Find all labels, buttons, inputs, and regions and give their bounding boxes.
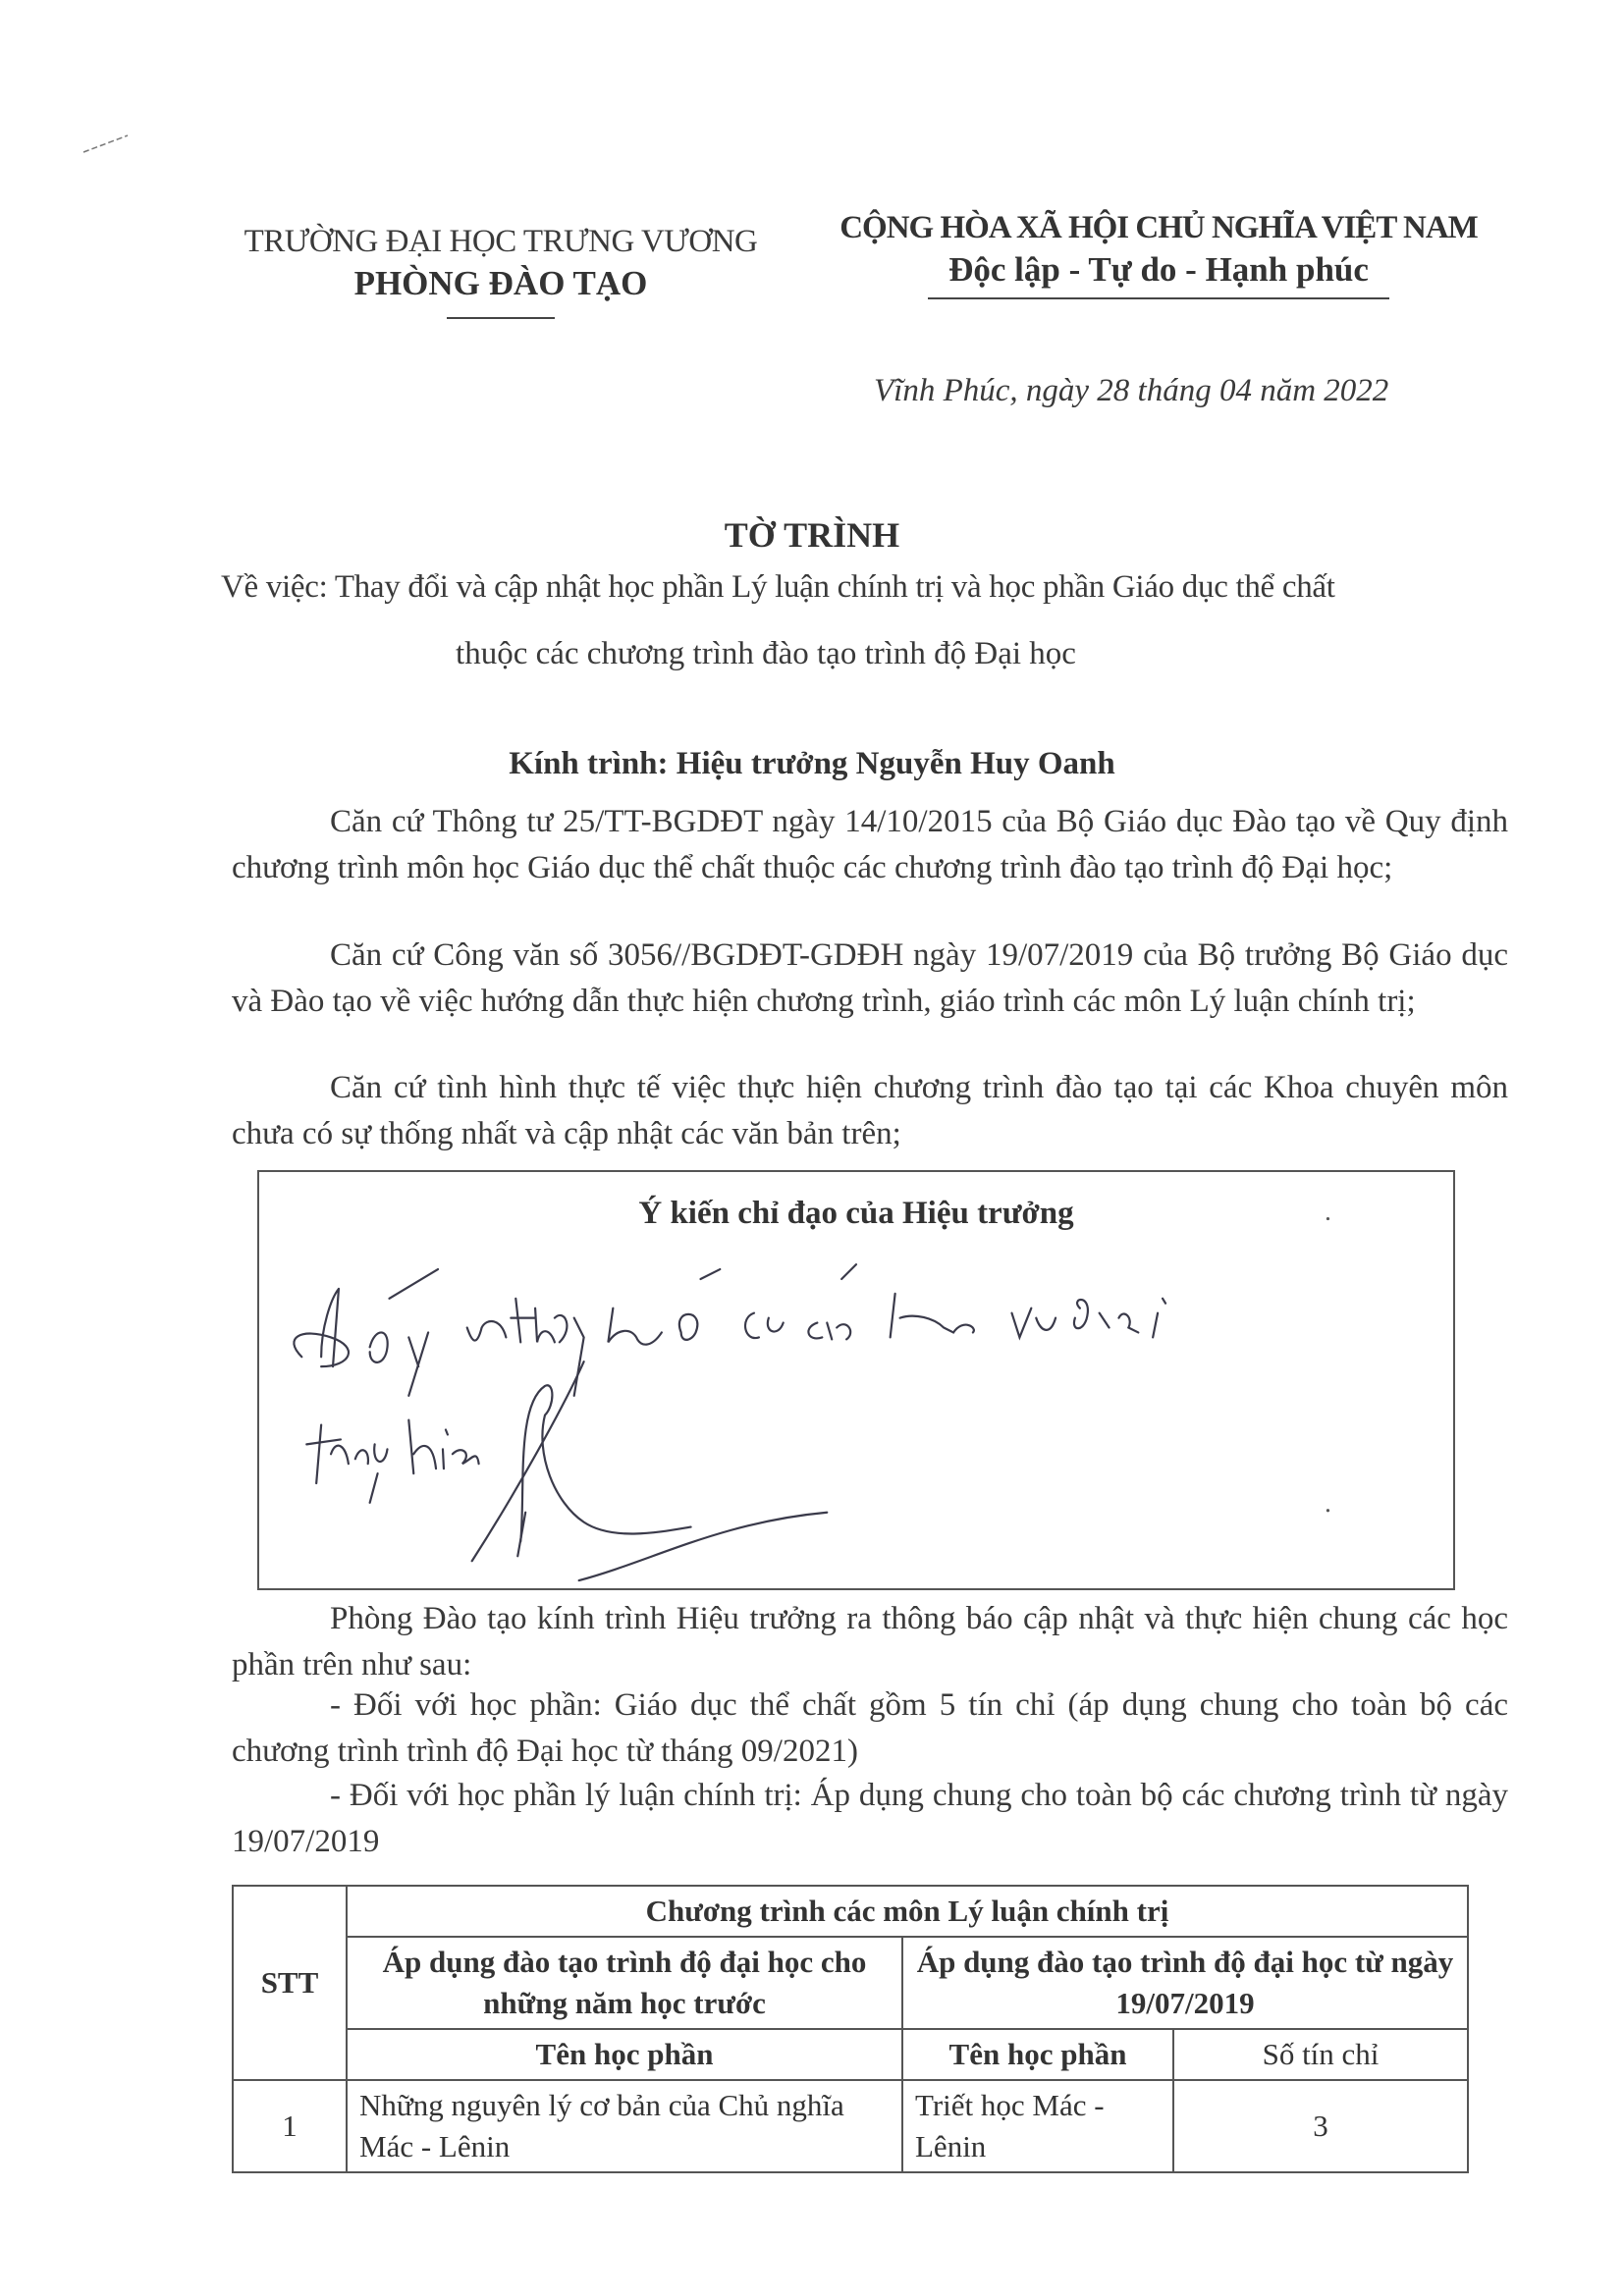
proposal-intro: Phòng Đào tạo kính trình Hiệu trưởng ra … <box>232 1596 1508 1688</box>
national-motto: Độc lập - Tự do - Hạnh phúc <box>815 250 1502 290</box>
subject-line-1: Về việc: Thay đổi và cập nhật học phần L… <box>221 569 1335 606</box>
motto-underline <box>928 297 1389 299</box>
handwritten-note-signature <box>259 1172 1453 1588</box>
header-old-course-name: Tên học phần <box>347 2029 902 2080</box>
header-old-programs: Áp dụng đào tạo trình độ đại học cho nhữ… <box>347 1937 902 2029</box>
organization-name: TRƯỜNG ĐẠI HỌC TRƯNG VƯƠNG <box>216 224 785 260</box>
national-header: CỘNG HÒA XÃ HỘI CHỦ NGHĨA VIỆT NAM Độc l… <box>815 210 1502 299</box>
date-line: Vĩnh Phúc, ngày 28 tháng 04 năm 2022 <box>874 373 1388 409</box>
recipient-line: Kính trình: Hiệu trưởng Nguyễn Huy Oanh <box>0 746 1624 782</box>
document-title: TỜ TRÌNH <box>0 514 1624 556</box>
header-group: Chương trình các môn Lý luận chính trị <box>347 1886 1468 1937</box>
header-credits: Số tín chỉ <box>1173 2029 1468 2080</box>
cell-credits: 3 <box>1173 2080 1468 2172</box>
cell-stt: 1 <box>233 2080 347 2172</box>
basis-paragraph-1: Căn cứ Thông tư 25/TT-BGDĐT ngày 14/10/2… <box>232 799 1508 891</box>
header-stt: STT <box>233 1886 347 2080</box>
basis-paragraph-3: Căn cứ tình hình thực tế việc thực hiện … <box>232 1065 1508 1157</box>
cell-old-course: Những nguyên lý cơ bản của Chủ nghĩa Mác… <box>347 2080 902 2172</box>
issuer-header: TRƯỜNG ĐẠI HỌC TRƯNG VƯƠNG PHÒNG ĐÀO TẠO <box>216 224 785 319</box>
scan-mark <box>79 128 137 167</box>
political-theory-table: STT Chương trình các môn Lý luận chính t… <box>232 1885 1469 2173</box>
table-row: 1 Những nguyên lý cơ bản của Chủ nghĩa M… <box>233 2080 1468 2172</box>
header-new-programs: Áp dụng đào tạo trình độ đại học từ ngày… <box>902 1937 1468 2029</box>
header-underline <box>447 317 555 319</box>
basis-paragraph-2: Căn cứ Công văn số 3056//BGDĐT-GDĐH ngày… <box>232 933 1508 1025</box>
proposal-item-physical-education: - Đối với học phần: Giáo dục thể chất gồ… <box>232 1682 1508 1775</box>
subject-line-2: thuộc các chương trình đào tạo trình độ … <box>0 636 1532 672</box>
cell-new-course: Triết học Mác - Lênin <box>902 2080 1173 2172</box>
country-name: CỘNG HÒA XÃ HỘI CHỦ NGHĨA VIỆT NAM <box>815 210 1502 246</box>
directive-box: Ý kiến chỉ đạo của Hiệu trưởng <box>257 1170 1455 1590</box>
proposal-item-political-theory: - Đối với học phần lý luận chính trị: Áp… <box>232 1773 1508 1865</box>
header-new-course-name: Tên học phần <box>902 2029 1173 2080</box>
department-name: PHÒNG ĐÀO TẠO <box>216 264 785 303</box>
